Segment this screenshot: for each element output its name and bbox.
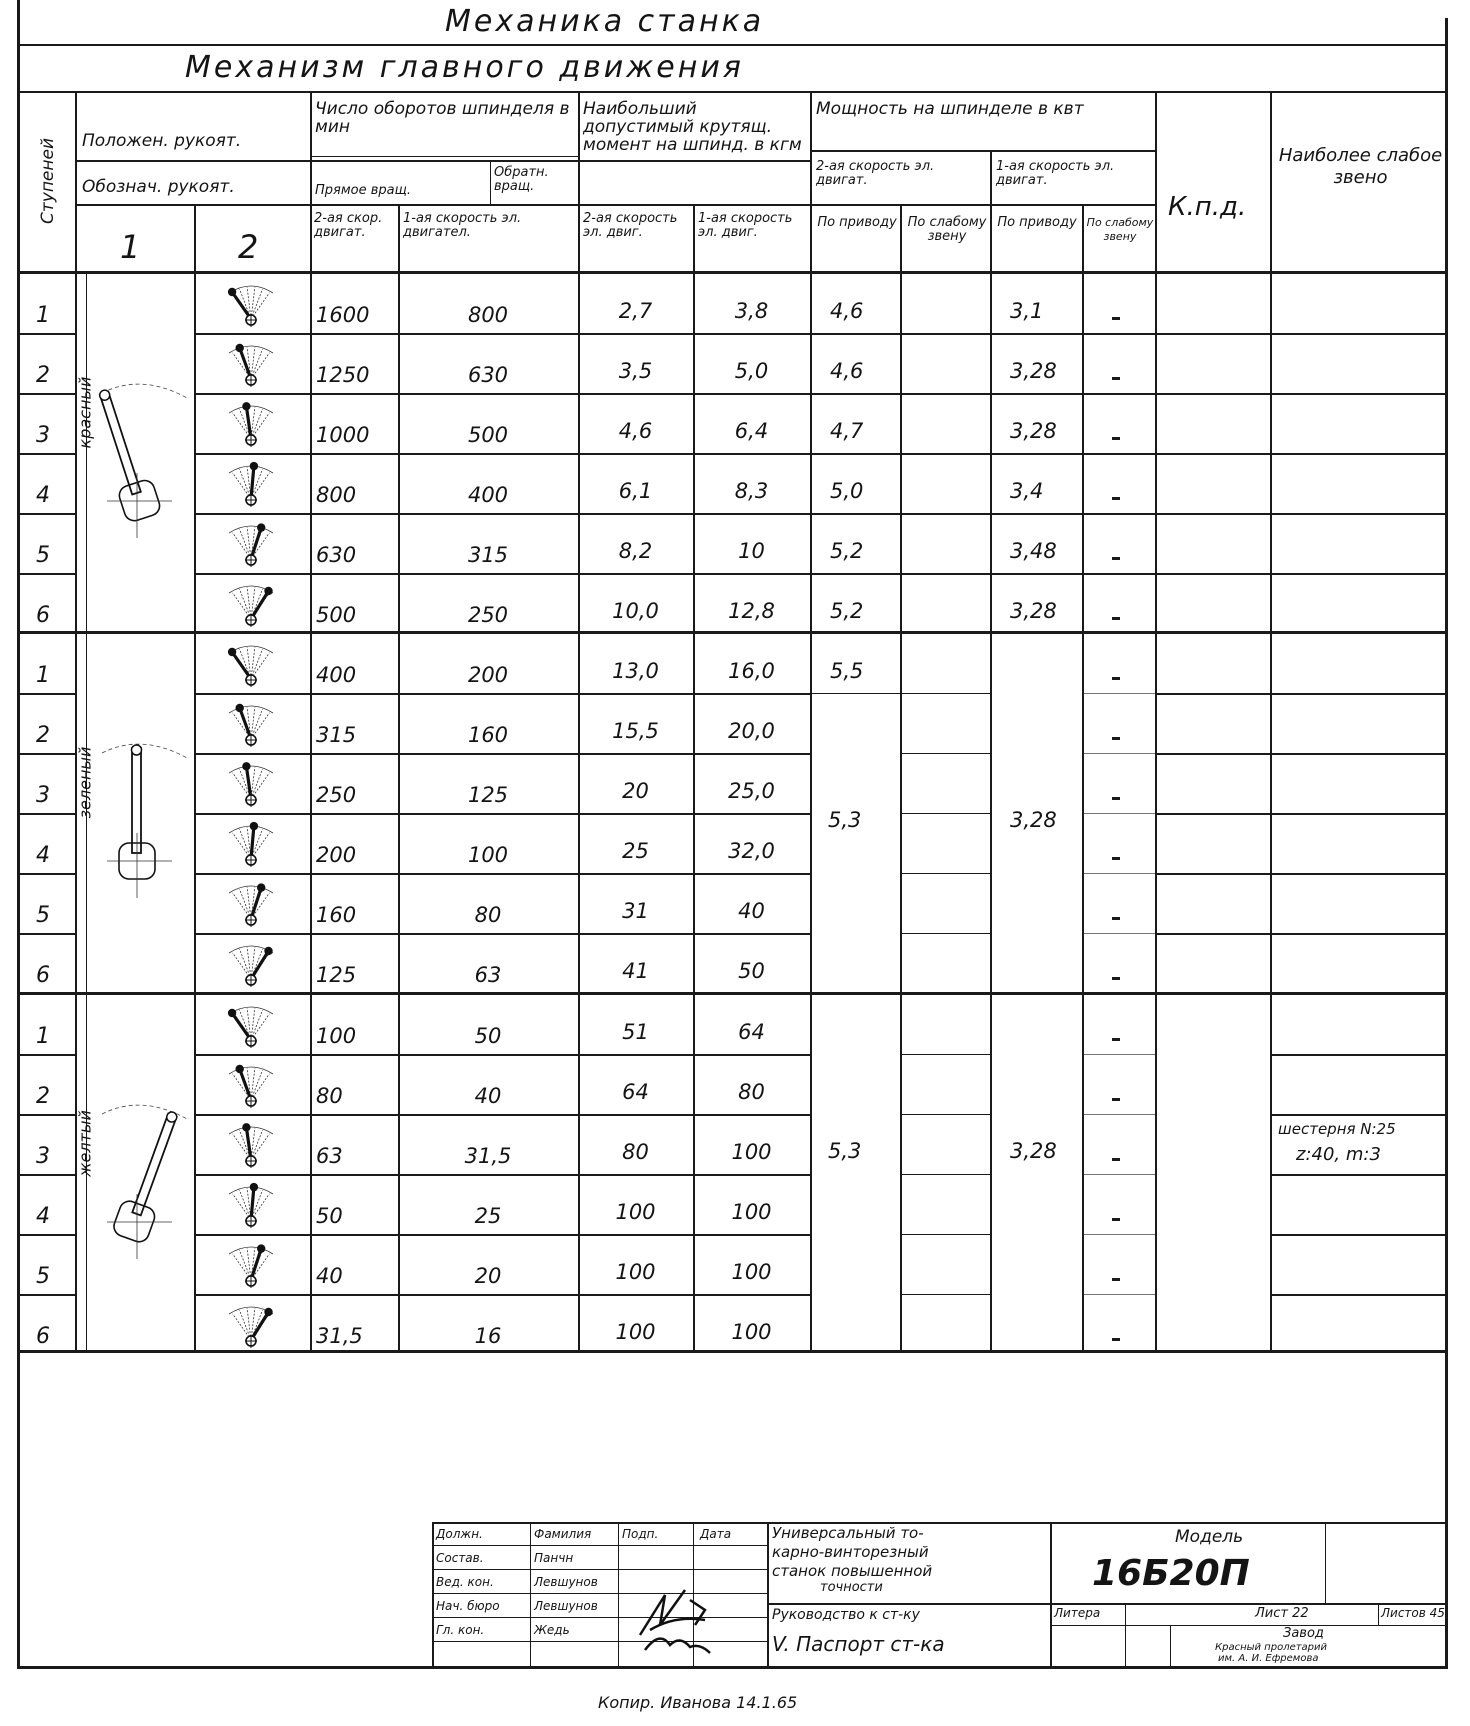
torque-1st-value: 16,0: [693, 659, 810, 683]
step-number: 5: [36, 543, 50, 568]
tb-model-number: 16Б20П: [1092, 1553, 1250, 1594]
tb-sheets-total: Листов 45: [1381, 1606, 1445, 1620]
tb-plant-label: Завод: [1283, 1626, 1324, 1641]
lever-position-icon: [226, 1118, 276, 1174]
lever-position-icon: [226, 1298, 276, 1354]
torque-2nd-value: 51: [578, 1020, 693, 1044]
speed-2nd-value: 50: [316, 1204, 343, 1228]
header-reverse-rotation: Обратн. вращ.: [494, 166, 576, 194]
header-torque-1st: 1-ая скорость эл. двиг.: [698, 212, 808, 240]
lever-position-icon: [226, 1178, 276, 1234]
step-number: 1: [36, 303, 50, 328]
speed-2nd-value: 500: [316, 603, 356, 627]
header-by-drive-2nd: По приводу: [815, 216, 899, 230]
speed-2nd-value: 160: [316, 903, 356, 927]
step-number: 1: [36, 663, 50, 688]
torque-1st-value: 6,4: [693, 419, 810, 443]
torque-2nd-value: 3,5: [578, 359, 693, 383]
header-speed-1st: 1-ая скорость эл. двигател.: [403, 212, 575, 240]
step-number: 6: [36, 963, 50, 988]
speed-2nd-value: 200: [316, 843, 356, 867]
tb-plant-name-1: Красный пролетарий: [1215, 1642, 1327, 1653]
speed-1st-value: 40: [398, 1084, 578, 1108]
header-by-drive-1st: По приводу: [994, 216, 1080, 230]
torque-1st-value: 25,0: [693, 779, 810, 803]
power-2nd-drive-merged: 5,3: [828, 808, 861, 832]
step-number: 3: [36, 423, 50, 448]
power-1st-drive-value: 3,1: [1010, 299, 1043, 323]
step-number: 6: [36, 603, 50, 628]
torque-1st-value: 3,8: [693, 299, 810, 323]
torque-2nd-value: 25: [578, 839, 693, 863]
power-2nd-drive-value: 4,6: [830, 299, 863, 323]
lever-position-icon: [226, 577, 276, 633]
torque-1st-value: 32,0: [693, 839, 810, 863]
speed-1st-value: 63: [398, 963, 578, 987]
step-number: 2: [36, 363, 50, 388]
header-weakest-link: Наиболее слабое звено: [1278, 145, 1443, 189]
power-2nd-drive-value: 5,5: [830, 659, 863, 683]
torque-2nd-value: 4,6: [578, 419, 693, 443]
speed-1st-value: 630: [398, 363, 578, 387]
step-number: 4: [36, 483, 50, 508]
torque-1st-value: 100: [693, 1200, 810, 1224]
tb-row-surname: Левшунов: [534, 1575, 598, 1589]
tb-row-surname: Левшунов: [534, 1599, 598, 1613]
step-number: 3: [36, 783, 50, 808]
speed-2nd-value: 800: [316, 483, 356, 507]
tb-col-signature: Подп.: [622, 1527, 658, 1541]
header-handle-designation: Обознач. рукоят.: [82, 178, 235, 196]
torque-2nd-value: 20: [578, 779, 693, 803]
torque-2nd-value: 100: [578, 1320, 693, 1344]
header-spindle-speed: Число оборотов шпинделя в мин: [315, 100, 577, 136]
torque-1st-value: 100: [693, 1140, 810, 1164]
weakest-link-note: шестерня N:25: [1278, 1120, 1396, 1138]
torque-2nd-value: 80: [578, 1140, 693, 1164]
speed-2nd-value: 31,5: [316, 1324, 363, 1348]
torque-1st-value: 5,0: [693, 359, 810, 383]
speed-1st-value: 315: [398, 543, 578, 567]
torque-2nd-value: 8,2: [578, 539, 693, 563]
torque-1st-value: 20,0: [693, 719, 810, 743]
torque-1st-value: 8,3: [693, 479, 810, 503]
speed-2nd-value: 315: [316, 723, 356, 747]
power-1st-drive-merged: 3,28: [1010, 1139, 1057, 1163]
header-handle-position: Положен. рукоят.: [82, 132, 241, 150]
torque-2nd-value: 41: [578, 959, 693, 983]
speed-1st-value: 500: [398, 423, 578, 447]
power-2nd-drive-value: 5,0: [830, 479, 863, 503]
lever-position-icon: [226, 637, 276, 693]
speed-1st-value: 20: [398, 1264, 578, 1288]
header-direct-rotation: Прямое вращ.: [315, 184, 411, 198]
speed-2nd-value: 63: [316, 1144, 343, 1168]
main-handle-sketch-icon: [92, 373, 192, 543]
power-2nd-drive-value: 4,7: [830, 419, 863, 443]
power-1st-drive-value: 3,28: [1010, 419, 1057, 443]
power-1st-drive-merged: 3,28: [1010, 808, 1057, 832]
torque-1st-value: 12,8: [693, 599, 810, 623]
speed-2nd-value: 1600: [316, 303, 369, 327]
torque-2nd-value: 31: [578, 899, 693, 923]
speed-2nd-value: 125: [316, 963, 356, 987]
main-handle-sketch-icon: [92, 733, 192, 903]
lever-position-icon: [226, 277, 276, 333]
header-by-weak-2nd: По слабому звену: [905, 216, 989, 244]
lever-position-icon: [226, 937, 276, 993]
tb-row-position: Вед. кон.: [436, 1575, 494, 1589]
power-2nd-drive-value: 5,2: [830, 599, 863, 623]
lever-position-icon: [226, 697, 276, 753]
lever-position-icon: [226, 517, 276, 573]
speed-1st-value: 200: [398, 663, 578, 687]
torque-2nd-value: 10,0: [578, 599, 693, 623]
speed-1st-value: 250: [398, 603, 578, 627]
tb-col-position: Должн.: [436, 1527, 483, 1541]
lever-position-icon: [226, 337, 276, 393]
power-2nd-drive-merged: 5,3: [828, 1139, 861, 1163]
lever-position-icon: [226, 877, 276, 933]
tb-row-surname: Жедь: [534, 1623, 570, 1637]
tb-manual: Руководство к ст-ку: [772, 1607, 920, 1623]
torque-2nd-value: 6,1: [578, 479, 693, 503]
torque-2nd-value: 2,7: [578, 299, 693, 323]
power-1st-drive-value: 3,48: [1010, 539, 1057, 563]
torque-2nd-value: 100: [578, 1200, 693, 1224]
torque-1st-value: 80: [693, 1080, 810, 1104]
lever-position-icon: [226, 1238, 276, 1294]
torque-1st-value: 100: [693, 1260, 810, 1284]
torque-2nd-value: 64: [578, 1080, 693, 1104]
step-number: 6: [36, 1324, 50, 1349]
tb-row-position: Гл. кон.: [436, 1623, 484, 1637]
speed-2nd-value: 80: [316, 1084, 343, 1108]
header-max-torque: Наибольший допустимый крутящ. момент на …: [583, 100, 808, 154]
document-title: Механика станка: [445, 4, 764, 39]
tb-sheet: Лист 22: [1255, 1606, 1309, 1621]
speed-2nd-value: 1250: [316, 363, 369, 387]
tb-product-name-4: точности: [820, 1580, 883, 1595]
footer-copied-by: Копир. Иванова 14.1.65: [598, 1693, 797, 1712]
power-1st-drive-value: 3,28: [1010, 359, 1057, 383]
header-power-2nd: 2-ая скорость эл. двигат.: [816, 160, 988, 188]
power-1st-drive-value: 3,4: [1010, 479, 1043, 503]
lever-position-icon: [226, 457, 276, 513]
tb-section: V. Паспорт ст-ка: [772, 1632, 945, 1656]
header-power-1st: 1-ая скорость эл. двигат.: [996, 160, 1152, 188]
speed-2nd-value: 250: [316, 783, 356, 807]
tb-product-name-2: карно-винторезный: [772, 1543, 929, 1561]
tb-row-position: Состав.: [436, 1551, 484, 1565]
torque-1st-value: 100: [693, 1320, 810, 1344]
header-by-weak-1st: По слабому звену: [1086, 216, 1154, 244]
tb-row-surname: Панчн: [534, 1551, 573, 1565]
speed-1st-value: 31,5: [398, 1144, 578, 1168]
power-1st-drive-value: 3,28: [1010, 599, 1057, 623]
lever-position-icon: [226, 998, 276, 1054]
header-handle-2: 2: [238, 228, 258, 266]
torque-1st-value: 10: [693, 539, 810, 563]
tb-product-name-1: Универсальный то-: [772, 1524, 924, 1542]
speed-1st-value: 125: [398, 783, 578, 807]
signature-icon: [630, 1575, 740, 1660]
header-steps: Ступеней: [39, 121, 57, 241]
speed-1st-value: 160: [398, 723, 578, 747]
lever-position-icon: [226, 817, 276, 873]
step-number: 5: [36, 903, 50, 928]
speed-1st-value: 50: [398, 1024, 578, 1048]
step-number: 2: [36, 1084, 50, 1109]
lever-position-icon: [226, 1058, 276, 1114]
speed-2nd-value: 40: [316, 1264, 343, 1288]
header-handle-1: 1: [120, 228, 140, 266]
tb-row-position: Нач. бюро: [436, 1599, 500, 1613]
torque-1st-value: 64: [693, 1020, 810, 1044]
header-efficiency: К.п.д.: [1168, 192, 1246, 222]
speed-1st-value: 400: [398, 483, 578, 507]
speed-1st-value: 800: [398, 303, 578, 327]
speed-2nd-value: 630: [316, 543, 356, 567]
speed-1st-value: 16: [398, 1324, 578, 1348]
power-2nd-drive-value: 5,2: [830, 539, 863, 563]
tb-col-surname: Фамилия: [534, 1527, 591, 1541]
step-number: 4: [36, 843, 50, 868]
lever-position-icon: [226, 397, 276, 453]
torque-2nd-value: 15,5: [578, 719, 693, 743]
speed-2nd-value: 1000: [316, 423, 369, 447]
header-speed-2nd: 2-ая скор. двигат.: [314, 212, 396, 240]
document-subtitle: Механизм главного движения: [185, 50, 744, 85]
tb-litera: Литера: [1054, 1606, 1100, 1620]
header-power: Мощность на шпинделе в квт: [816, 100, 1116, 118]
torque-2nd-value: 100: [578, 1260, 693, 1284]
main-handle-sketch-icon: [92, 1094, 192, 1264]
lever-position-icon: [226, 757, 276, 813]
speed-2nd-value: 400: [316, 663, 356, 687]
tb-product-name-3: станок повышенной: [772, 1562, 932, 1580]
tb-model-label: Модель: [1175, 1527, 1243, 1547]
speed-2nd-value: 100: [316, 1024, 356, 1048]
step-number: 3: [36, 1144, 50, 1169]
tb-plant-name-2: им. А. И. Ефремова: [1218, 1653, 1319, 1664]
step-number: 4: [36, 1204, 50, 1229]
tb-col-date: Дата: [700, 1527, 731, 1541]
speed-1st-value: 25: [398, 1204, 578, 1228]
power-2nd-drive-value: 4,6: [830, 359, 863, 383]
torque-2nd-value: 13,0: [578, 659, 693, 683]
step-number: 1: [36, 1024, 50, 1049]
torque-1st-value: 50: [693, 959, 810, 983]
step-number: 5: [36, 1264, 50, 1289]
header-torque-2nd: 2-ая скорость эл. двиг.: [583, 212, 691, 240]
speed-1st-value: 80: [398, 903, 578, 927]
weakest-link-note: z:40, m:3: [1296, 1144, 1381, 1165]
speed-1st-value: 100: [398, 843, 578, 867]
torque-1st-value: 40: [693, 899, 810, 923]
step-number: 2: [36, 723, 50, 748]
